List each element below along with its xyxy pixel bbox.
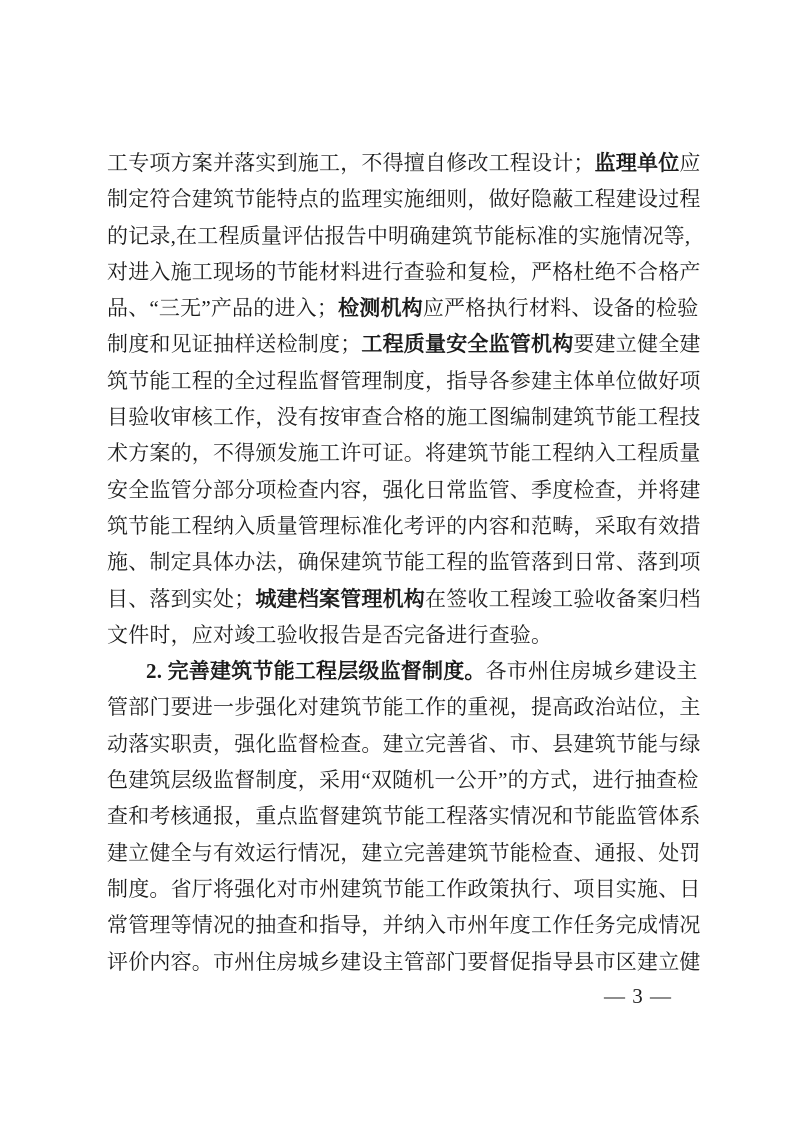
text-line: 动落实职责，强化监督检查。建立完善省、市、县建筑节能与绿	[107, 726, 690, 762]
text-segment: 工专项方案并落实到施工，不得擅自修改工程设计；	[107, 151, 595, 175]
bold-text-segment: 工程质量安全监管机构	[361, 332, 573, 356]
text-line: 品、“三无”产品的进入；检测机构应严格执行材料、设备的检验	[107, 290, 690, 326]
bold-text-segment: 城建档案管理机构	[255, 587, 425, 611]
text-segment: 管部门要进一步强化对建筑节能工作的重视，提高政治站位，主	[107, 695, 701, 719]
text-segment: 要建立健全建	[573, 332, 700, 356]
bold-text-segment: 监理单位	[595, 151, 680, 175]
text-segment: 文件时，应对竣工验收报告是否完备进行查验。	[107, 623, 552, 647]
text-line: 管部门要进一步强化对建筑节能工作的重视，提高政治站位，主	[107, 689, 690, 725]
text-segment: 建立健全与有效运行情况，建立完善建筑节能检查、通报、处罚	[107, 841, 701, 865]
text-line: 常管理等情况的抽查和指导，并纳入市州年度工作任务完成情况	[107, 907, 690, 943]
document-body: 工专项方案并落实到施工，不得擅自修改工程设计；监理单位应制定符合建筑节能特点的监…	[107, 145, 690, 980]
document-page: 工专项方案并落实到施工，不得擅自修改工程设计；监理单位应制定符合建筑节能特点的监…	[0, 0, 793, 1122]
text-line: 的记录,在工程质量评估报告中明确建筑节能标准的实施情况等,	[107, 218, 690, 254]
text-segment: 筑节能工程纳入质量管理标准化考评的内容和范畴，采取有效措	[107, 514, 701, 538]
text-line: 术方案的，不得颁发施工许可证。将建筑节能工程纳入工程质量	[107, 435, 690, 471]
text-segment: 查和考核通报，重点监督建筑节能工程落实情况和节能监管体系	[107, 804, 701, 828]
text-line: 筑节能工程纳入质量管理标准化考评的内容和范畴，采取有效措	[107, 508, 690, 544]
text-line: 制度和见证抽样送检制度；工程质量安全监管机构要建立健全建	[107, 326, 690, 362]
text-segment: 施、制定具体办法，确保建筑节能工程的监管落到日常、落到项	[107, 550, 701, 574]
text-line: 色建筑层级监督制度，采用“双随机一公开”的方式，进行抽查检	[107, 762, 690, 798]
bold-text-segment: 检测机构	[338, 296, 423, 320]
text-line: 评价内容。市州住房城乡建设主管部门要督促指导县市区建立健	[107, 944, 690, 980]
text-segment: 对进入施工现场的节能材料进行查验和复检，严格杜绝不合格产	[107, 260, 701, 284]
text-segment: 制定符合建筑节能特点的监理实施细则，做好隐蔽工程建设过程	[107, 187, 701, 211]
bold-text-segment: 2. 完善建筑节能工程层级监督制度。	[146, 659, 486, 683]
text-segment: 各市州住房城乡建设主	[486, 659, 698, 683]
text-line: 工专项方案并落实到施工，不得擅自修改工程设计；监理单位应	[107, 145, 690, 181]
text-segment: 品、“三无”产品的进入；	[107, 296, 338, 320]
text-line: 安全监管分部分项检查内容，强化日常监管、季度检查，并将建	[107, 472, 690, 508]
text-line: 筑节能工程的全过程监督管理制度，指导各参建主体单位做好项	[107, 363, 690, 399]
text-segment: 评价内容。市州住房城乡建设主管部门要督促指导县市区建立健	[107, 950, 701, 974]
text-line: 建立健全与有效运行情况，建立完善建筑节能检查、通报、处罚	[107, 835, 690, 871]
text-line: 施、制定具体办法，确保建筑节能工程的监管落到日常、落到项	[107, 544, 690, 580]
text-segment: 目验收审核工作，没有按审查合格的施工图编制建筑节能工程技	[107, 405, 701, 429]
text-segment: 目、落到实处；	[107, 587, 255, 611]
text-line: 2. 完善建筑节能工程层级监督制度。各市州住房城乡建设主	[107, 653, 690, 689]
text-segment: 制度。省厅将强化对市州建筑节能工作政策执行、项目实施、日	[107, 877, 701, 901]
text-segment: 色建筑层级监督制度，采用“双随机一公开”的方式，进行抽查检	[107, 768, 698, 792]
text-segment: 在签收工程竣工验收备案归档	[425, 587, 701, 611]
text-segment: 动落实职责，强化监督检查。建立完善省、市、县建筑节能与绿	[107, 732, 701, 756]
text-segment: 制度和见证抽样送检制度；	[107, 332, 361, 356]
text-line: 制定符合建筑节能特点的监理实施细则，做好隐蔽工程建设过程	[107, 181, 690, 217]
text-line: 对进入施工现场的节能材料进行查验和复检，严格杜绝不合格产	[107, 254, 690, 290]
text-segment: 安全监管分部分项检查内容，强化日常监管、季度检查，并将建	[107, 478, 701, 502]
text-segment: 常管理等情况的抽查和指导，并纳入市州年度工作任务完成情况	[107, 913, 701, 937]
text-segment: 的记录,在工程质量评估报告中明确建筑节能标准的实施情况等,	[107, 224, 690, 248]
text-line: 文件时，应对竣工验收报告是否完备进行查验。	[107, 617, 690, 653]
text-segment: 应严格执行材料、设备的检验	[423, 296, 699, 320]
text-line: 目验收审核工作，没有按审查合格的施工图编制建筑节能工程技	[107, 399, 690, 435]
text-segment: 术方案的，不得颁发施工许可证。将建筑节能工程纳入工程质量	[107, 441, 701, 465]
text-segment: 筑节能工程的全过程监督管理制度，指导各参建主体单位做好项	[107, 369, 701, 393]
text-line: 查和考核通报，重点监督建筑节能工程落实情况和节能监管体系	[107, 798, 690, 834]
text-line: 目、落到实处；城建档案管理机构在签收工程竣工验收备案归档	[107, 581, 690, 617]
text-line: 制度。省厅将强化对市州建筑节能工作政策执行、项目实施、日	[107, 871, 690, 907]
page-number: — 3 —	[588, 983, 688, 1009]
text-segment: 应	[679, 151, 700, 175]
